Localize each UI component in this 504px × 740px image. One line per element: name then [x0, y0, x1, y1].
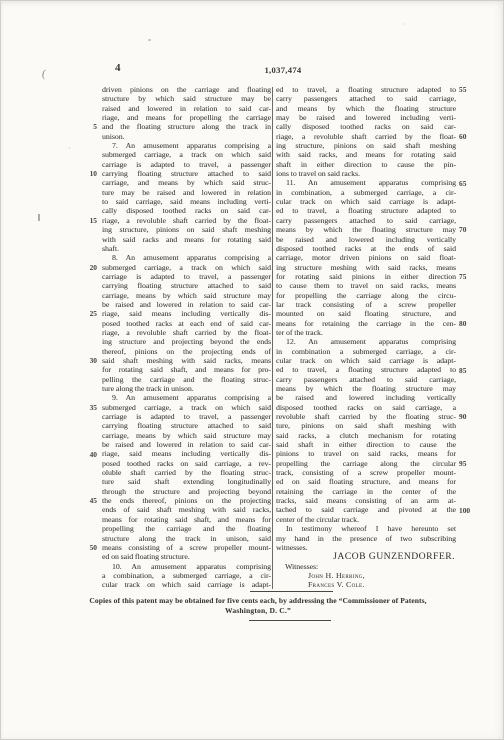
column-divider-rule — [272, 87, 273, 589]
text-line: and means by which the floating structur… — [276, 104, 456, 113]
text-line: carriage is adapted to travel, a passeng… — [102, 272, 271, 281]
text-line: cular track on which said carriage is ad… — [102, 580, 271, 589]
text-line: propelling the carriage along the circul… — [276, 459, 456, 468]
text-line: ture may be raised and lowered in relati… — [102, 188, 271, 197]
text-line: structure by which said structure may be — [102, 94, 271, 103]
line-number: 100 — [459, 506, 477, 515]
text-line: ing structure and projecting beyond the … — [102, 337, 271, 346]
text-line: in combination, a submerged carriage, a … — [276, 188, 456, 197]
text-line: 7. An amusement apparatus comprising a — [102, 141, 271, 150]
line-number: 90 — [459, 412, 477, 421]
text-line: In testimony whereof I have hereunto set — [276, 524, 456, 533]
line-number: 35 — [82, 403, 97, 412]
text-line: ed to travel, a floating structure adapt… — [276, 85, 456, 94]
text-line: 9. An amusement apparatus comprising a — [102, 393, 271, 402]
text-line: riage, a revoluble shaft carried by the … — [102, 216, 271, 225]
text-line: ture along the track in unison. — [102, 384, 271, 393]
text-line: means by which the floating structure ma… — [276, 225, 456, 234]
footer-bottom-rule — [249, 620, 331, 621]
text-line: ture said shaft extending longitudinally — [102, 477, 271, 486]
text-line: mounted on said floating structure, and — [276, 309, 456, 318]
text-line: to said carriage, said means including v… — [102, 197, 271, 206]
line-number: 50 — [82, 543, 97, 552]
text-line: said shaft meshing with said racks, mean… — [102, 356, 271, 365]
text-line: and the floating structure along the tra… — [102, 122, 271, 131]
text-line: submerged carriage, a track on which sai… — [102, 403, 271, 412]
text-line: a combination, a submerged carriage, a c… — [102, 571, 271, 580]
patent-page: 4 1,037,474 5101520253035404550 driven p… — [0, 0, 504, 740]
text-line: track, consisting of a screw propeller m… — [276, 468, 456, 477]
text-line: cally disposed toothed racks on said car… — [102, 206, 271, 215]
scan-speck: · — [68, 144, 71, 153]
text-line: cular track on which said carriage is ad… — [276, 197, 456, 206]
text-line: carriage is adapted to travel, a passeng… — [102, 412, 271, 421]
line-number: 15 — [82, 216, 97, 225]
text-line: submerged carriage, a track on which sai… — [102, 150, 271, 159]
text-line: for rotating said pinions in either dire… — [276, 272, 456, 281]
text-line: 12. An amusement apparatus comprising — [276, 337, 456, 346]
footer-notice: Copies of this patent may be obtained fo… — [58, 596, 458, 616]
text-line: means for rotating said shaft, and means… — [102, 515, 271, 524]
text-line: propelling the carriage and the floating — [102, 524, 271, 533]
line-number: 85 — [459, 366, 477, 375]
text-line: shaft in either direction to cause the p… — [276, 160, 456, 169]
text-line: carry passengers attached to said carria… — [276, 375, 456, 384]
line-number: 55 — [459, 85, 477, 94]
text-line: riage, a revoluble shaft carried by the … — [102, 328, 271, 337]
text-line: 8. An amusement apparatus comprising a — [102, 253, 271, 262]
text-line: my hand in the presence of two subscribi… — [276, 534, 456, 543]
text-line: ter of the track. — [276, 328, 456, 337]
text-line: center of the circular track. — [276, 515, 456, 524]
text-line: Frances V. Cole. — [276, 580, 456, 589]
right-column: ed to travel, a floating structure adapt… — [276, 85, 456, 590]
text-line: 11. An amusement apparatus comprising — [276, 178, 456, 187]
line-number: 70 — [459, 225, 477, 234]
line-number: 20 — [82, 263, 97, 272]
text-line: carriage, motor driven pinions on said f… — [276, 253, 456, 262]
line-number: 5 — [82, 122, 97, 131]
text-line: revoluble shaft carried by the floating … — [276, 412, 456, 421]
text-line: riage, said means including vertically d… — [102, 309, 271, 318]
line-number: 65 — [459, 179, 477, 188]
text-line: Witnesses: — [276, 562, 456, 571]
text-line: cular track on which said carriage is ad… — [276, 356, 456, 365]
text-line: ing structure, pinions on said shaft mes… — [276, 141, 456, 150]
text-line: ed to travel, a floating structure adapt… — [276, 206, 456, 215]
text-line: shaft. — [102, 244, 271, 253]
text-line: retaining the carriage in the center of … — [276, 487, 456, 496]
patent-number: 1,037,474 — [178, 65, 388, 75]
footer-notice-line2: Washington, D. C.” — [58, 606, 458, 616]
text-line: be raised and lowered in relation to sai… — [102, 300, 271, 309]
text-line: with said racks and means for rotating s… — [102, 235, 271, 244]
text-line: disposed toothed racks on said carriage,… — [276, 403, 456, 412]
scan-speck — [148, 39, 151, 41]
text-line: be raised and lowered including vertical… — [276, 235, 456, 244]
text-line: 10. An amusement apparatus comprising — [102, 562, 271, 571]
line-number: 30 — [82, 356, 97, 365]
text-line: riage, a revoluble shaft carried by the … — [276, 132, 456, 141]
text-line: carrying floating structure attached to … — [102, 281, 271, 290]
text-line: tached to said carriage and pivoted at t… — [276, 505, 456, 514]
scan-speck: · — [402, 20, 405, 29]
text-line: means consisting of a screw propeller mo… — [102, 543, 271, 552]
line-number: 45 — [82, 496, 97, 505]
text-line: pelling the carriage and the floating st… — [102, 375, 271, 384]
text-line: in combination a submerged carriage, a c… — [276, 347, 456, 356]
text-line: carriage is adapted to travel, a passeng… — [102, 160, 271, 169]
text-line: structure along the track in unison, sai… — [102, 534, 271, 543]
text-line: lar track consisting of a screw propelle… — [276, 300, 456, 309]
text-line: may be raised and lowered including vert… — [276, 113, 456, 122]
text-line: the ends thereof, pinions on the project… — [102, 496, 271, 505]
text-line: driven pinions on the carriage and float… — [102, 85, 271, 94]
scan-speck: ( — [41, 68, 46, 80]
text-line: submerged carriage, a track on which sai… — [102, 263, 271, 272]
text-line: ture, pinions on said shaft meshing with — [276, 421, 456, 430]
text-line: posed toothed racks at each end of said … — [102, 319, 271, 328]
text-line: to cause them to travel on said racks, m… — [276, 281, 456, 290]
text-line: riage, and means for propelling the carr… — [102, 113, 271, 122]
text-line: John H. Herring, — [276, 571, 456, 580]
text-line: unison. — [102, 132, 271, 141]
line-number: 10 — [82, 169, 97, 178]
page-number: 4 — [115, 62, 121, 74]
text-line: carry passengers attached to said carria… — [276, 216, 456, 225]
footer-top-rule — [250, 591, 333, 592]
text-line: ed to travel, a floating structure adapt… — [276, 365, 456, 374]
left-column: driven pinions on the carriage and float… — [102, 85, 271, 590]
text-line: ing structure, pinions on said shaft mes… — [102, 225, 271, 234]
text-line: disposed toothed racks at the ends of sa… — [276, 244, 456, 253]
text-line: tracks, said means consisting of an arm … — [276, 496, 456, 505]
text-line: posed toothed racks on said carriage, a … — [102, 459, 271, 468]
text-line: be raised and lowered including vertical… — [276, 393, 456, 402]
text-line: be raised and lowered in relation to sai… — [102, 440, 271, 449]
text-line: carriage, and means by which said struc- — [102, 178, 271, 187]
line-number: 60 — [459, 132, 477, 141]
line-number: 95 — [459, 459, 477, 468]
text-line: carriage, means by which said structure … — [102, 431, 271, 440]
text-line: through the structure and projecting bey… — [102, 487, 271, 496]
text-line: means for retaining the carriage in the … — [276, 319, 456, 328]
text-line: for rotating said shaft, and means for p… — [102, 365, 271, 374]
text-line: ends of said shaft meshing with said rac… — [102, 505, 271, 514]
line-number: 40 — [82, 450, 97, 459]
text-line: said racks, a clutch mechanism for rotat… — [276, 431, 456, 440]
text-line: carriage, means by which said structure … — [102, 291, 271, 300]
text-line: cally disposed toothed racks on said car… — [276, 122, 456, 131]
text-line: oluble shaft carried by the floating str… — [102, 468, 271, 477]
text-line: carrying floating structure attached to … — [102, 169, 271, 178]
text-line: JACOB GUNZENDORFER. — [276, 552, 456, 561]
text-line: with said racks, and means for rotating … — [276, 150, 456, 159]
text-line: raised and lowered in relation to said c… — [102, 104, 271, 113]
line-number: 25 — [82, 309, 97, 318]
text-line: carrying floating structure attached to … — [102, 421, 271, 430]
text-line: pinions to travel on said racks, means f… — [276, 449, 456, 458]
line-number: 80 — [459, 319, 477, 328]
text-line: thereof, pinions on the projecting ends … — [102, 347, 271, 356]
text-line: said shaft in either direction to cause … — [276, 440, 456, 449]
text-line: ed on said floating structure, and means… — [276, 477, 456, 486]
text-line: carry passengers attached to said carria… — [276, 94, 456, 103]
line-number: 75 — [459, 272, 477, 281]
text-line: ed on said floating structure. — [102, 552, 271, 561]
text-line: ing structure meshing with said racks, m… — [276, 263, 456, 272]
text-line: riage, said means including vertically d… — [102, 449, 271, 458]
text-line: means by which the floating structure ma… — [276, 384, 456, 393]
text-line: ions to travel on said racks. — [276, 169, 456, 178]
footer-notice-line1: Copies of this patent may be obtained fo… — [58, 596, 458, 606]
scan-speck — [38, 214, 40, 221]
text-line: for propelling the carriage along the ci… — [276, 291, 456, 300]
